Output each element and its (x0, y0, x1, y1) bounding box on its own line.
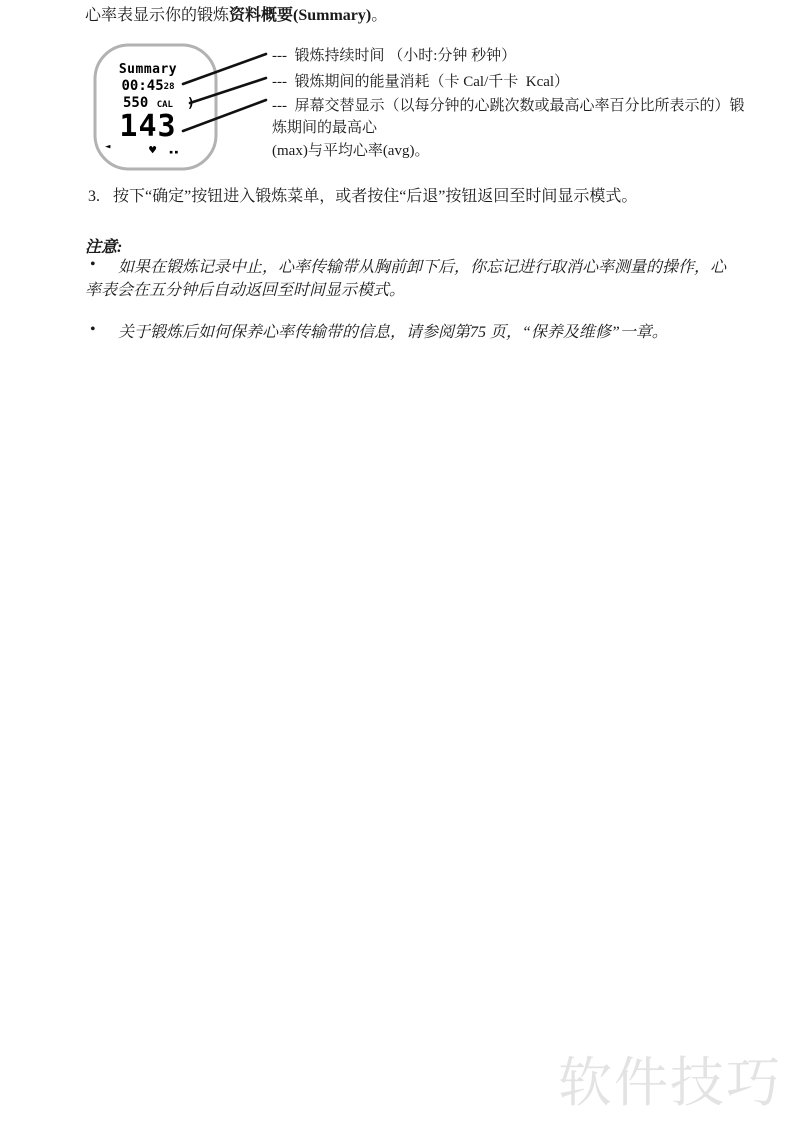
notes-heading: 注意: (85, 234, 122, 257)
intro-suffix: 。 (371, 7, 387, 24)
heart-icon: ♥ (149, 144, 156, 156)
manual-page: 心率表显示你的锻炼资料概要(Summary)。 Summary 00:4528 … (0, 0, 800, 1132)
connector-line-heart-rate (183, 100, 266, 131)
note2-bullet-icon: • (90, 321, 96, 339)
intro-prefix: 心率表显示你的锻炼 (85, 7, 229, 24)
watermark-text: 软件技巧 (558, 1040, 782, 1117)
note2-text: 关于锻炼后如何保养心率传输带的信息，请参阅第75 页，“保养及维修”一章。 (118, 321, 738, 344)
connector-line-duration (183, 54, 266, 84)
step3-text: 按下“确定”按钮进入锻炼菜单，或者按住“后退”按钮返回至时间显示模式。 (113, 185, 637, 208)
connector-line-calories (190, 78, 266, 103)
intro-bold-summary: 资料概要(Summary) (229, 7, 371, 24)
annotation-heart-rate-line1: --- 屏幕交替显示（以每分钟的心跳次数或最高心率百分比所表示的）锻 (272, 96, 745, 116)
callout-connector-lines (150, 40, 280, 140)
note1-text: 如果在锻炼记录中止，心率传输带从胸前卸下后，你忘记进行取消心率测量的操作，心率表… (85, 256, 730, 302)
annotation-heart-rate-line2: 炼期间的最高心 (272, 118, 377, 138)
intro-paragraph: 心率表显示你的锻炼资料概要(Summary)。 (85, 4, 387, 27)
step3-number: 3. (88, 185, 100, 208)
annotation-calories: --- 锻炼期间的能量消耗（卡 Cal/千卡 Kcal） (272, 72, 569, 92)
mode-indicator-icon: ▪▪ (169, 149, 179, 156)
left-arrow-icon: ◄ (105, 143, 110, 152)
annotation-duration: --- 锻炼持续时间 （小时:分钟 秒钟） (272, 46, 516, 66)
annotation-heart-rate-line3: (max)与平均心率(avg)。 (272, 141, 429, 161)
